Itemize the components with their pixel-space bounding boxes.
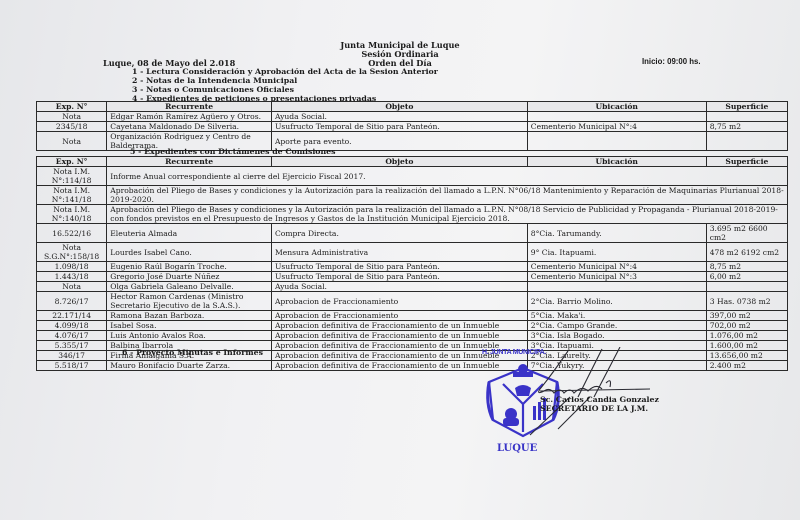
col-superficie: Superficie xyxy=(706,102,787,112)
agenda-item: 2 - Notas de la Intendencia Municipal xyxy=(132,76,297,85)
cell-exp: 346/17 xyxy=(37,351,107,361)
cell-superficie: 1.600,00 m2 xyxy=(706,341,787,351)
signer-name: Sc. Carlos Candia Gonzalez xyxy=(540,395,659,404)
cell-objeto: Ayuda Social. xyxy=(271,282,527,292)
agenda-item: 1 - Lectura Consideración y Aprobación d… xyxy=(132,67,438,76)
cell-objeto: Aprobacion de Fraccionamiento xyxy=(271,311,527,321)
cell-superficie: 6,00 m2 xyxy=(706,272,787,282)
cell-superficie: 2.400 m2 xyxy=(706,361,787,371)
cell-ubicacion: 5°Cia. Maka'i. xyxy=(527,311,706,321)
cell-ubicacion: 2°Cia. Campo Grande. xyxy=(527,321,706,331)
table-header-row: Exp. N° Recurrente Objeto Ubicación Supe… xyxy=(37,102,788,112)
col-superficie: Superficie xyxy=(706,157,787,167)
cell-superficie: 478 m2 6192 cm2 xyxy=(706,243,787,262)
cell-recurrente: Lourdes Isabel Cano. xyxy=(107,243,272,262)
cell-exp: 8.726/17 xyxy=(37,292,107,311)
table-row: 1.443/18Gregorio José Duarte NúñezUsufru… xyxy=(37,272,788,282)
table-row: Nota S.G.N°:158/18Lourdes Isabel Cano.Me… xyxy=(37,243,788,262)
document-page: Junta Municipal de Luque Sesión Ordinari… xyxy=(0,0,800,520)
cell-ubicacion: 2°Cia. Barrio Molino. xyxy=(527,292,706,311)
table-row: Nota I.M. N°:114/18Informe Anual corresp… xyxy=(37,167,788,186)
cell-ubicacion: 3°Cia. Isla Bogado. xyxy=(527,331,706,341)
cell-superficie: 702,00 m2 xyxy=(706,321,787,331)
section-5-title: 5 - Expedientes con Dictámenes de Comisi… xyxy=(130,147,336,156)
col-ubicacion: Ubicación xyxy=(527,157,706,167)
start-time: Inicio: 09:00 hs. xyxy=(642,57,701,66)
table-header-row: Exp. N° Recurrente Objeto Ubicación Supe… xyxy=(37,157,788,167)
cell-superficie: 8,75 m2 xyxy=(706,262,787,272)
cell-exp: Nota I.M. N°:140/18 xyxy=(37,205,107,224)
cell-ubicacion xyxy=(527,112,706,122)
col-exp: Exp. N° xyxy=(37,157,107,167)
cell-recurrente: Olga Gabriela Galeano Delvalle. xyxy=(107,282,272,292)
cell-objeto: Aprobacion de Fraccionamiento xyxy=(271,292,527,311)
cell-objeto: Mensura Administrativa xyxy=(271,243,527,262)
signer-title: SECRETARIO DE LA J.M. xyxy=(540,404,659,413)
cell-objeto: Usufructo Temporal de Sitio para Panteón… xyxy=(271,272,527,282)
cell-superficie: 3 Has. 0738 m2 xyxy=(706,292,787,311)
signature-icon xyxy=(510,347,660,437)
col-recurrente: Recurrente xyxy=(107,157,272,167)
cell-objeto: Aprobacion definitiva de Fraccionamiento… xyxy=(271,321,527,331)
cell-recurrente: Hector Ramon Cardenas (Ministro Secretar… xyxy=(107,292,272,311)
cell-recurrente: Eleuteria Almada xyxy=(107,224,272,243)
cell-recurrente: Luis Antonio Avalos Roa. xyxy=(107,331,272,341)
table-row: 2345/18Cayetana Maldonado De Silveria.Us… xyxy=(37,122,788,132)
dictamenes-table: Exp. N° Recurrente Objeto Ubicación Supe… xyxy=(36,156,788,371)
cell-exp: 1.443/18 xyxy=(37,272,107,282)
col-exp: Exp. N° xyxy=(37,102,107,112)
col-recurrente: Recurrente xyxy=(107,102,272,112)
cell-description: Aprobación del Pliego de Bases y condici… xyxy=(107,186,788,205)
cell-exp: Nota I.M. N°:141/18 xyxy=(37,186,107,205)
seal-city: LUQUE xyxy=(497,443,537,454)
cell-ubicacion xyxy=(527,282,706,292)
cell-exp: Nota xyxy=(37,282,107,292)
table-row: Nota I.M. N°:140/18Aprobación del Pliego… xyxy=(37,205,788,224)
cell-exp: 1.098/18 xyxy=(37,262,107,272)
cell-exp: Nota I.M. N°:114/18 xyxy=(37,167,107,186)
cell-objeto: Aprobacion definitiva de Fraccionamiento… xyxy=(271,331,527,341)
cell-recurrente: Gregorio José Duarte Núñez xyxy=(107,272,272,282)
cell-objeto: Usufructo Temporal de Sitio para Panteón… xyxy=(271,262,527,272)
cell-superficie: 13.656,00 m2 xyxy=(706,351,787,361)
table-row: 4.099/18Isabel Sosa.Aprobacion definitiv… xyxy=(37,321,788,331)
col-ubicacion: Ubicación xyxy=(527,102,706,112)
table-row: NotaEdgar Ramón Ramírez Agüero y Otros.A… xyxy=(37,112,788,122)
cell-superficie xyxy=(706,282,787,292)
cell-recurrente: Ramona Bazan Barboza. xyxy=(107,311,272,321)
cell-superficie: 3.695 m2 6600 cm2 xyxy=(706,224,787,243)
cell-ubicacion: 9° Cia. Itapuami. xyxy=(527,243,706,262)
cell-description: Informe Anual correspondiente al cierre … xyxy=(107,167,788,186)
cell-exp: 2345/18 xyxy=(37,122,107,132)
signer-block: Sc. Carlos Candia Gonzalez SECRETARIO DE… xyxy=(540,395,659,413)
cell-ubicacion xyxy=(527,132,706,151)
cell-ubicacion: Cementerio Municipal N°:4 xyxy=(527,122,706,132)
cell-exp: Nota xyxy=(37,112,107,122)
table-row: 16.522/16Eleuteria AlmadaCompra Directa.… xyxy=(37,224,788,243)
cell-exp: Nota xyxy=(37,132,107,151)
cell-exp: Nota S.G.N°:158/18 xyxy=(37,243,107,262)
col-objeto: Objeto xyxy=(271,157,527,167)
cell-recurrente: Eugenio Raúl Bogarín Troche. xyxy=(107,262,272,272)
cell-exp: 16.522/16 xyxy=(37,224,107,243)
cell-superficie xyxy=(706,132,787,151)
cell-exp: 22.171/14 xyxy=(37,311,107,321)
agenda-item: 3 - Notas o Comunicaciones Oficiales xyxy=(132,85,294,94)
table-row: Nota I.M. N°:141/18Aprobación del Pliego… xyxy=(37,186,788,205)
section-6-title: 6 - Proyecto Minutas e Informes xyxy=(122,348,263,357)
table-row: 1.098/18Eugenio Raúl Bogarín Troche.Usuf… xyxy=(37,262,788,272)
cell-recurrente: Mauro Bonifacio Duarte Zarza. xyxy=(107,361,272,371)
cell-recurrente: Cayetana Maldonado De Silveria. xyxy=(107,122,272,132)
cell-ubicacion: Cementerio Municipal N°:4 xyxy=(527,262,706,272)
table-row: 5.518/17Mauro Bonifacio Duarte Zarza.Apr… xyxy=(37,361,788,371)
cell-exp: 4.076/17 xyxy=(37,331,107,341)
cell-exp: 5.518/17 xyxy=(37,361,107,371)
cell-exp: 4.099/18 xyxy=(37,321,107,331)
table-row: NotaOlga Gabriela Galeano Delvalle.Ayuda… xyxy=(37,282,788,292)
peticiones-table: Exp. N° Recurrente Objeto Ubicación Supe… xyxy=(36,101,788,151)
table-row: 8.726/17Hector Ramon Cardenas (Ministro … xyxy=(37,292,788,311)
table-row: 22.171/14Ramona Bazan Barboza.Aprobacion… xyxy=(37,311,788,321)
cell-recurrente: Isabel Sosa. xyxy=(107,321,272,331)
cell-ubicacion: Cementerio Municipal N°:3 xyxy=(527,272,706,282)
cell-superficie: 1.076,00 m2 xyxy=(706,331,787,341)
cell-superficie: 397,00 m2 xyxy=(706,311,787,321)
cell-objeto: Ayuda Social. xyxy=(271,112,527,122)
table-row: 4.076/17Luis Antonio Avalos Roa.Aprobaci… xyxy=(37,331,788,341)
cell-superficie xyxy=(706,112,787,122)
cell-description: Aprobación del Pliego de Bases y condici… xyxy=(107,205,788,224)
cell-superficie: 8,75 m2 xyxy=(706,122,787,132)
cell-recurrente: Edgar Ramón Ramírez Agüero y Otros. xyxy=(107,112,272,122)
cell-ubicacion: 8°Cia. Tarumandy. xyxy=(527,224,706,243)
cell-objeto: Usufructo Temporal de Sitio para Panteón… xyxy=(271,122,527,132)
cell-objeto: Compra Directa. xyxy=(271,224,527,243)
col-objeto: Objeto xyxy=(271,102,527,112)
cell-exp: 5.355/17 xyxy=(37,341,107,351)
